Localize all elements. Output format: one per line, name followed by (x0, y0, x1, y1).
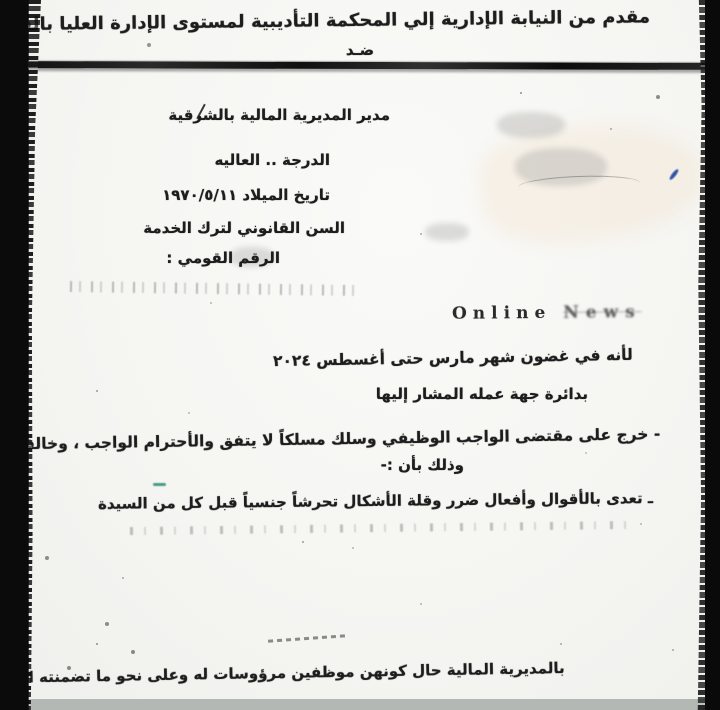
watermark-word-1: Online (452, 303, 551, 324)
watermark-word-2: News (563, 302, 642, 323)
scan-bottom-gray-band (28, 699, 720, 710)
charge-detail-text: تعدى بالأقوال وأفعال ضرر وقلة الأشكال تح… (98, 489, 643, 513)
detail-grade: الدرجة .. العاليه (214, 151, 330, 169)
body-place-line: بدائرة جهة عمله المشار إليها (376, 385, 588, 403)
detail-birthdate: تاريخ الميلاد ١٩٧٠/٥/١١ (162, 186, 330, 204)
body-charge-detail-line: ـ تعدى بالأقوال وأفعال ضرر وقلة الأشكال … (98, 489, 663, 513)
scan-left-black-border (0, 0, 29, 710)
charge-intro-text: خرج على مقتضى الواجب الوظيفي وسلك مسلكاً… (0, 425, 648, 454)
body-charge-followup-line: وذلك بأن :- (381, 456, 464, 474)
redaction-smudge (425, 223, 469, 241)
detail-national-id-label: الرقم القومي : (166, 249, 280, 267)
online-news-watermark: Online News (452, 302, 642, 324)
document-header-title: مقدم من النيابة الإدارية إلي المحكمة الت… (60, 6, 650, 34)
faint-scribble (268, 634, 346, 642)
dash-bullet: ـ (648, 489, 653, 507)
body-footer-line: بالمديرية المالية حال كونهن موظفين مرؤوس… (0, 659, 565, 688)
horizontal-rule (27, 61, 712, 70)
redaction-smudge (497, 112, 565, 138)
detail-position: مدير المديرية المالية بالشرقية (168, 106, 390, 124)
dash-bullet: - (653, 425, 660, 443)
faded-illegible-text-row (70, 281, 355, 296)
scanned-document-page: مقدم من النيابة الإدارية إلي المحكمة الت… (0, 0, 720, 710)
scan-right-black-border (705, 0, 720, 710)
scan-left-torn-edge (28, 0, 41, 710)
body-charge-intro-line: - خرج على مقتضى الواجب الوظيفي وسلك مسلك… (0, 425, 670, 454)
body-date-line: لأنه في غضون شهر مارس حتى أغسطس ٢٠٢٤ (273, 346, 633, 370)
teal-pen-mark (153, 483, 166, 486)
detail-retirement-age: السن القانوني لترك الخدمة (143, 219, 345, 237)
faded-illegible-text-row (130, 521, 635, 535)
versus-label: ضـد (0, 41, 720, 59)
